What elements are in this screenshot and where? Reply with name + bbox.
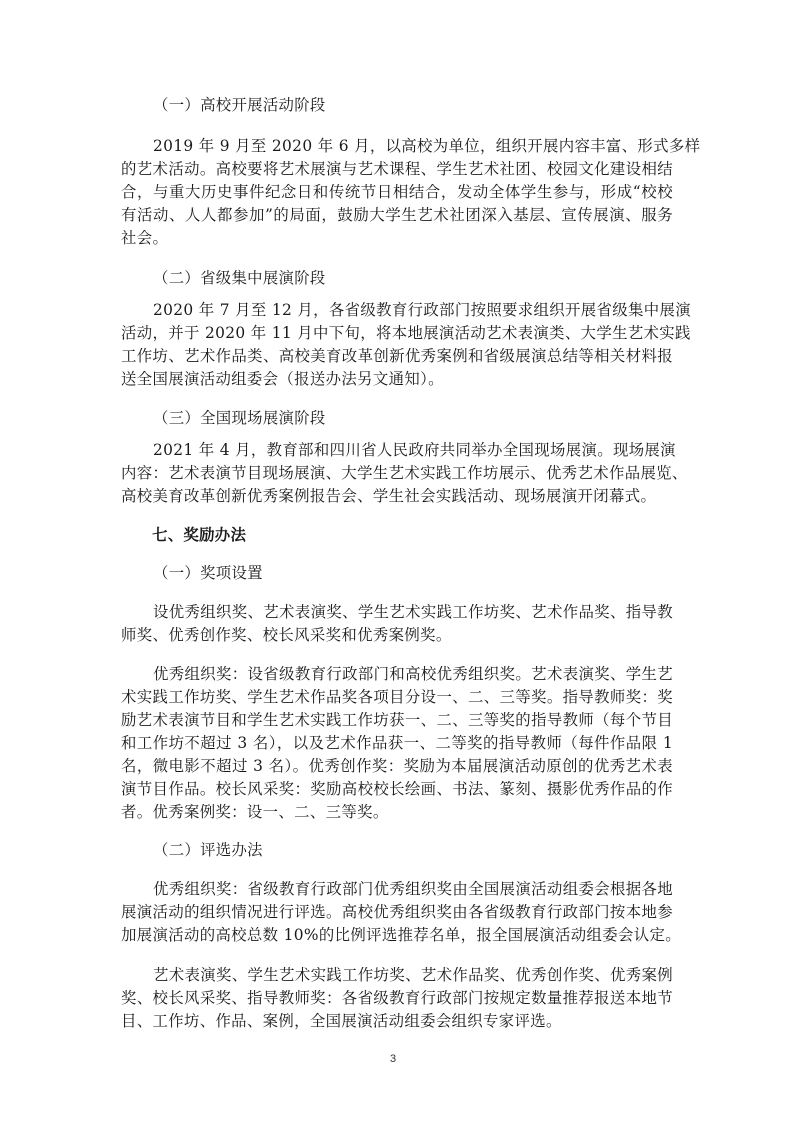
paragraph-line: 展演活动的组织情况进行评选。高校优秀组织奖由各省级教育行政部门按本地参 xyxy=(121,901,673,924)
paragraph-line: 励艺术表演节目和学生艺术实践工作坊获一、二、三等奖的指导教师（每个节目 xyxy=(121,709,673,732)
paragraph-line: 2020 年 7 月至 12 月，各省级教育行政部门按照要求组织开展省级集中展演 xyxy=(153,299,673,322)
paragraph-line: 目、工作坊、作品、案例，全国展演活动组委会组织专家评选。 xyxy=(121,1010,673,1033)
paragraph-line: 的艺术活动。高校要将艺术展演与艺术课程、学生艺术社团、校园文化建设相结 xyxy=(121,158,673,181)
paragraph-line: 2021 年 4 月，教育部和四川省人民政府共同举办全国现场展演。现场展演 xyxy=(153,439,673,462)
section-heading-university-stage: （一）高校开展活动阶段 xyxy=(153,94,326,117)
paragraph-line: 师奖、优秀创作奖、校长风采奖和优秀案例奖。 xyxy=(121,624,673,647)
paragraph-line: 社会。 xyxy=(121,227,673,250)
paragraph-line: 优秀组织奖：设省级教育行政部门和高校优秀组织奖。艺术表演奖、学生艺 xyxy=(153,663,673,686)
paragraph-line: 工作坊、艺术作品类、高校美育改革创新优秀案例和省级展演总结等相关材料报 xyxy=(121,345,673,368)
paragraph-line: 设优秀组织奖、艺术表演奖、学生艺术实践工作坊奖、艺术作品奖、指导教 xyxy=(153,601,673,624)
paragraph-line: 送全国展演活动组委会（报送办法另文通知）。 xyxy=(121,368,673,391)
section-heading-selection-method: （二）评选办法 xyxy=(153,839,263,862)
paragraph-line: 者。优秀案例奖：设一、二、三等奖。 xyxy=(121,801,673,824)
paragraph-line: 活动，并于 2020 年 11 月中下旬，将本地展演活动艺术表演类、大学生艺术实… xyxy=(121,322,673,345)
paragraph-line: 艺术表演奖、学生艺术实践工作坊奖、艺术作品奖、优秀创作奖、优秀案例 xyxy=(153,964,673,987)
paragraph-line: 名，微电影不超过 3 名）。优秀创作奖：奖励为本届展演活动原创的优秀艺术表 xyxy=(121,755,673,778)
paragraph-line: 内容：艺术表演节目现场展演、大学生艺术实践工作坊展示、优秀艺术作品展览、 xyxy=(121,462,673,485)
paragraph-line: 奖、校长风采奖、指导教师奖：各省级教育行政部门按规定数量推荐报送本地节 xyxy=(121,987,673,1010)
section-heading-award-setup: （一）奖项设置 xyxy=(153,562,263,585)
paragraph-line: 术实践工作坊奖、学生艺术作品奖各项目分设一、二、三等奖。指导教师奖：奖 xyxy=(121,686,673,709)
section-heading-national-stage: （三）全国现场展演阶段 xyxy=(153,407,326,430)
paragraph-line: 合，与重大历史事件纪念日和传统节日相结合，发动全体学生参与，形成“校校 xyxy=(121,181,673,204)
document-page: （一）高校开展活动阶段 2019 年 9 月至 2020 年 6 月，以高校为单… xyxy=(0,0,793,1122)
paragraph-line: 和工作坊不超过 3 名），以及艺术作品获一、二等奖的指导教师（每件作品限 1 xyxy=(121,732,673,755)
paragraph-line: 加展演活动的高校总数 10%的比例评选推荐名单，报全国展演活动组委会认定。 xyxy=(121,924,673,947)
section-heading-provincial-stage: （二）省级集中展演阶段 xyxy=(153,267,326,290)
page-number: 3 xyxy=(390,1053,396,1065)
paragraph-line: 优秀组织奖：省级教育行政部门优秀组织奖由全国展演活动组委会根据各地 xyxy=(153,878,673,901)
paragraph-line: 高校美育改革创新优秀案例报告会、学生社会实践活动、现场展演开闭幕式。 xyxy=(121,485,673,508)
paragraph-line: 2019 年 9 月至 2020 年 6 月，以高校为单位，组织开展内容丰富、形… xyxy=(153,135,673,158)
chapter-heading-awards: 七、奖励办法 xyxy=(152,524,246,547)
paragraph-line: 有活动、人人都参加”的局面，鼓励大学生艺术社团深入基层、宣传展演、服务 xyxy=(121,204,673,227)
paragraph-line: 演节目作品。校长风采奖：奖励高校校长绘画、书法、篆刻、摄影优秀作品的作 xyxy=(121,778,673,801)
